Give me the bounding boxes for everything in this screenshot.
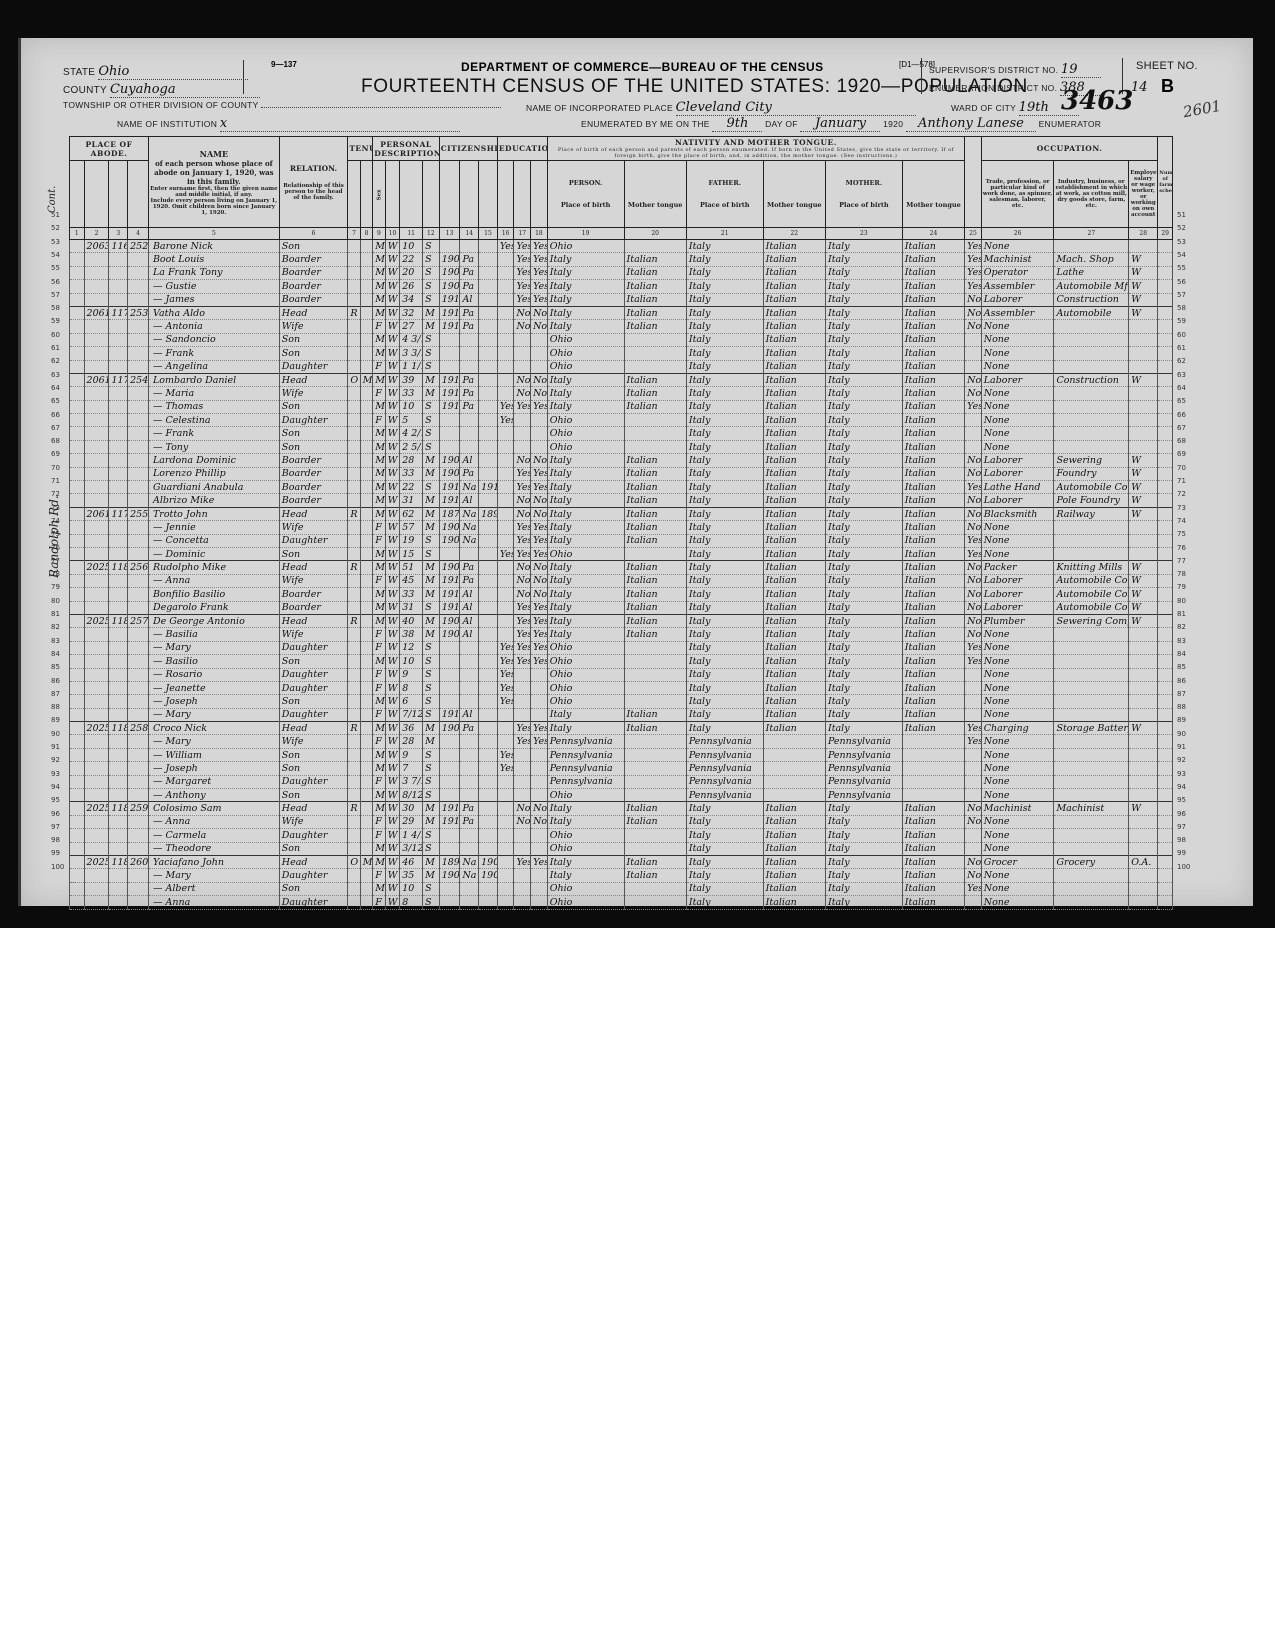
cell-dwelling-number (109, 829, 128, 842)
cell-birthplace: Ohio (547, 829, 624, 842)
cell-person-name: — Maria (148, 387, 279, 400)
line-number-left: 69 (51, 450, 60, 458)
cell-can-write: No (531, 561, 548, 574)
cell-home-owned (348, 775, 360, 788)
cell-sex: M (373, 748, 385, 761)
cell-mortgaged (360, 306, 372, 319)
cell-family-number (128, 574, 149, 587)
cell-naturalization-year (479, 655, 498, 668)
cell-home-owned (348, 333, 360, 346)
cell-farm-schedule (1158, 507, 1173, 520)
cell-immigration-year: 1895 (439, 855, 460, 868)
cell-speaks-english: No (965, 373, 982, 386)
cell-can-read (514, 427, 531, 440)
cell-immigration-year: 1913 (439, 387, 460, 400)
cell-person-name: — Mary (148, 708, 279, 721)
census-rows: 2063116252Barone NickSonMW10SYesYesYesOh… (70, 240, 1173, 910)
cell-father-birthplace: Italy (686, 561, 763, 574)
cell-naturalization-year (479, 306, 498, 319)
cell-street (70, 360, 85, 373)
cell-father-birthplace: Italy (686, 829, 763, 842)
cell-mother-mother-tongue (902, 775, 964, 788)
cell-can-read: Yes (514, 534, 531, 547)
cell-dwelling-number (109, 588, 128, 601)
cell-father-tongue: Italian (763, 467, 825, 480)
table-row: — FrankSonMW4 2/12SOhioItalyItalianItaly… (70, 427, 1173, 440)
cell-father-birthplace: Italy (686, 440, 763, 453)
cell-can-write: No (531, 320, 548, 333)
cell-relation: Boarder (279, 601, 348, 614)
cell-industry (1054, 815, 1129, 828)
cell-race: W (385, 240, 400, 253)
cell-marital-status: M (423, 815, 440, 828)
cell-age: 33 (400, 467, 423, 480)
cell-industry (1054, 681, 1129, 694)
cell-industry: Construction (1054, 373, 1129, 386)
cell-relation: Daughter (279, 829, 348, 842)
cell-father-tongue: Italian (763, 240, 825, 253)
col-number-2: 2 (84, 228, 109, 240)
nativity-heading: NATIVITY AND MOTHER TONGUE. (549, 138, 963, 147)
col-number-11: 11 (400, 228, 423, 240)
cell-house-number: 2063 (84, 240, 109, 253)
cell-mother-tongue: Italian (624, 266, 686, 279)
cell-house-number (84, 708, 109, 721)
cell-mother-tongue (624, 360, 686, 373)
table-row: — CelestinaDaughterFW5SYesOhioItalyItali… (70, 414, 1173, 427)
col-22-label: Mother tongue (765, 201, 824, 209)
cell-age: 29 (400, 815, 423, 828)
cell-farm-schedule (1158, 414, 1173, 427)
cell-trade: Grocer (981, 855, 1054, 868)
cell-can-read: No (514, 561, 531, 574)
col-number-21: 21 (686, 228, 763, 240)
cell-relation: Head (279, 614, 348, 627)
cell-farm-schedule (1158, 481, 1173, 494)
cell-dwelling-number (109, 842, 128, 855)
cell-street (70, 467, 85, 480)
col-8-header: If owned, free or mortgaged (360, 161, 372, 228)
cell-can-read: Yes (514, 253, 531, 266)
cell-sex: M (373, 588, 385, 601)
cell-naturalization-year (479, 293, 498, 306)
cell-trade: Laborer (981, 601, 1054, 614)
cell-relation: Daughter (279, 414, 348, 427)
col-number-28: 28 (1129, 228, 1158, 240)
cell-mortgaged (360, 253, 372, 266)
cell-naturalization-year (479, 400, 498, 413)
line-number-right: 55 (1177, 264, 1186, 272)
cell-family-number: 254 (128, 373, 149, 386)
cell-birthplace: Italy (547, 494, 624, 507)
cell-mother-tongue (624, 655, 686, 668)
cell-relation: Boarder (279, 494, 348, 507)
cell-speaks-english: No (965, 293, 982, 306)
line-number-left: 76 (51, 544, 60, 552)
cell-relation: Wife (279, 521, 348, 534)
cell-dwelling-number (109, 547, 128, 560)
cell-attended-school (497, 333, 514, 346)
cell-mother-birthplace: Italy (825, 280, 902, 293)
cell-industry: Automobile (1054, 306, 1129, 319)
cell-farm-schedule (1158, 802, 1173, 815)
cell-speaks-english: Yes (965, 253, 982, 266)
table-row: — AnnaDaughterFW8SOhioItalyItalianItalyI… (70, 896, 1173, 909)
cell-sex: M (373, 601, 385, 614)
cell-home-owned (348, 280, 360, 293)
cell-can-write: Yes (531, 547, 548, 560)
cell-family-number (128, 829, 149, 842)
cell-farm-schedule (1158, 681, 1173, 694)
cell-trade: None (981, 896, 1054, 909)
cell-street (70, 373, 85, 386)
line-number-right: 86 (1177, 677, 1186, 685)
cell-can-write (531, 775, 548, 788)
cell-street (70, 641, 85, 654)
cell-father-tongue: Italian (763, 668, 825, 681)
cell-sex: M (373, 614, 385, 627)
cell-industry (1054, 333, 1129, 346)
cell-dwelling-number (109, 681, 128, 694)
cell-employer-class (1129, 387, 1158, 400)
cell-sex: M (373, 695, 385, 708)
cell-home-owned: O (348, 855, 360, 868)
cell-trade: None (981, 360, 1054, 373)
cell-speaks-english: No (965, 869, 982, 882)
cell-race: W (385, 481, 400, 494)
cell-father-tongue (763, 735, 825, 748)
supervisor-label: Supervisor's District No. (929, 65, 1058, 75)
cell-speaks-english (965, 695, 982, 708)
cell-age: 31 (400, 494, 423, 507)
cell-farm-schedule (1158, 494, 1173, 507)
cell-trade: None (981, 829, 1054, 842)
line-number-right: 75 (1177, 530, 1186, 538)
cell-employer-class: W (1129, 561, 1158, 574)
cell-family-number: 255 (128, 507, 149, 520)
cell-employer-class (1129, 708, 1158, 721)
cell-mother-tongue (624, 427, 686, 440)
cell-mortgaged (360, 748, 372, 761)
cell-age: 3/12 (400, 842, 423, 855)
cell-speaks-english (965, 762, 982, 775)
cell-street (70, 815, 85, 828)
relation-heading: RELATION. (281, 164, 347, 173)
cell-street (70, 333, 85, 346)
cell-street (70, 280, 85, 293)
table-row: — MaryDaughterFW7/12S1918AlItalyItalianI… (70, 708, 1173, 721)
cell-mortgaged (360, 414, 372, 427)
cell-home-owned (348, 320, 360, 333)
cell-attended-school (497, 802, 514, 815)
cell-home-owned (348, 534, 360, 547)
cell-industry (1054, 748, 1129, 761)
cell-race: W (385, 266, 400, 279)
cell-house-number: 2025 (84, 722, 109, 735)
cell-relation: Daughter (279, 641, 348, 654)
cell-father-birthplace: Pennsylvania (686, 775, 763, 788)
cell-father-tongue: Italian (763, 574, 825, 587)
enumerator-label: Enumerator (1039, 119, 1102, 129)
cell-age: 10 (400, 240, 423, 253)
enumerated-month: January (800, 116, 880, 132)
line-number-right: 85 (1177, 663, 1186, 671)
cell-can-write: Yes (531, 534, 548, 547)
cell-speaks-english: No (965, 614, 982, 627)
cell-person-name: — Gustie (148, 280, 279, 293)
enumerated-day: 9th (712, 116, 762, 132)
cell-father-birthplace: Italy (686, 293, 763, 306)
cell-race: W (385, 789, 400, 802)
cell-attended-school (497, 360, 514, 373)
cell-naturalized: Al (460, 614, 479, 627)
cell-naturalized (460, 333, 479, 346)
cell-father-birthplace: Italy (686, 815, 763, 828)
line-number-left: 56 (51, 278, 60, 286)
cell-farm-schedule (1158, 360, 1173, 373)
cell-marital-status: S (423, 668, 440, 681)
census-table: PLACE OF ABODE. NAME of each person whos… (69, 136, 1173, 910)
cell-father-tongue: Italian (763, 507, 825, 520)
table-row: — CarmelaDaughterFW1 4/12SOhioItalyItali… (70, 829, 1173, 842)
cell-family-number (128, 347, 149, 360)
cell-dwelling-number (109, 628, 128, 641)
cell-marital-status: S (423, 481, 440, 494)
cell-race: W (385, 534, 400, 547)
cell-father-birthplace: Italy (686, 467, 763, 480)
cell-mortgaged (360, 574, 372, 587)
cell-can-read (514, 414, 531, 427)
table-row: Lardona DominicBoarderMW28M1905AlNoNoIta… (70, 454, 1173, 467)
cell-mortgaged (360, 869, 372, 882)
cell-mortgaged (360, 722, 372, 735)
cell-relation: Head (279, 373, 348, 386)
cell-home-owned (348, 253, 360, 266)
cell-can-write: Yes (531, 601, 548, 614)
cell-employer-class: W (1129, 306, 1158, 319)
cell-sex: M (373, 440, 385, 453)
col-number-24: 24 (902, 228, 964, 240)
cell-farm-schedule (1158, 253, 1173, 266)
col-number-5: 5 (148, 228, 279, 240)
cell-relation: Daughter (279, 775, 348, 788)
cell-age: 15 (400, 547, 423, 560)
cell-dwelling-number (109, 748, 128, 761)
cell-person-name: Guardiani Anabula (148, 481, 279, 494)
cell-employer-class: W (1129, 266, 1158, 279)
cell-sex: M (373, 427, 385, 440)
cell-naturalized: Pa (460, 387, 479, 400)
cell-can-write: Yes (531, 855, 548, 868)
cell-mother-birthplace: Italy (825, 360, 902, 373)
col-20-label: Mother tongue (626, 201, 685, 209)
cell-person-name: — Basilia (148, 628, 279, 641)
cell-sex: F (373, 896, 385, 909)
cell-race: W (385, 547, 400, 560)
enumerator-name: Anthony Lanese (906, 116, 1036, 132)
cell-father-tongue: Italian (763, 306, 825, 319)
cell-naturalized: Pa (460, 561, 479, 574)
line-number-right: 77 (1177, 557, 1186, 565)
cell-mortgaged (360, 561, 372, 574)
cell-street (70, 829, 85, 842)
cell-street (70, 802, 85, 815)
col-23-label: Place of birth (827, 201, 901, 209)
cell-sex: M (373, 347, 385, 360)
line-number-right: 72 (1177, 490, 1186, 498)
cell-mortgaged (360, 762, 372, 775)
line-number-right: 94 (1177, 783, 1186, 791)
cell-immigration-year: 1904 (439, 534, 460, 547)
cell-age: 26 (400, 280, 423, 293)
cell-can-write (531, 829, 548, 842)
cell-can-write: No (531, 507, 548, 520)
cell-birthplace: Italy (547, 253, 624, 266)
cell-trade: None (981, 333, 1054, 346)
cell-marital-status: M (423, 722, 440, 735)
cell-race: W (385, 588, 400, 601)
cell-immigration-year (439, 240, 460, 253)
cell-home-owned (348, 293, 360, 306)
cell-industry (1054, 360, 1129, 373)
name-description: of each person whose place of abode on J… (150, 159, 278, 186)
cell-father-birthplace: Pennsylvania (686, 748, 763, 761)
cell-naturalization-year (479, 454, 498, 467)
cell-mortgaged (360, 454, 372, 467)
cell-can-write (531, 333, 548, 346)
cell-dwelling-number (109, 735, 128, 748)
col-number-12: 12 (423, 228, 440, 240)
cell-age: 19 (400, 534, 423, 547)
cell-age: 46 (400, 855, 423, 868)
cell-dwelling-number: 118 (109, 802, 128, 815)
cell-home-owned (348, 681, 360, 694)
cell-birthplace: Italy (547, 400, 624, 413)
cell-attended-school: Yes (497, 547, 514, 560)
cell-marital-status: M (423, 306, 440, 319)
cell-farm-schedule (1158, 882, 1173, 895)
cell-marital-status: M (423, 454, 440, 467)
cell-naturalization-year (479, 427, 498, 440)
cell-attended-school: Yes (497, 240, 514, 253)
cell-home-owned (348, 668, 360, 681)
cell-family-number (128, 253, 149, 266)
cell-race: W (385, 628, 400, 641)
cell-naturalized: Na (460, 534, 479, 547)
cell-relation: Son (279, 333, 348, 346)
cell-mother-mother-tongue: Italian (902, 494, 964, 507)
col-number-10: 10 (385, 228, 400, 240)
cell-birthplace: Italy (547, 266, 624, 279)
cell-dwelling-number: 117 (109, 507, 128, 520)
line-number-left: 95 (51, 796, 60, 804)
cell-street (70, 494, 85, 507)
cell-mother-birthplace: Italy (825, 253, 902, 266)
cell-can-write: No (531, 373, 548, 386)
cell-can-write: No (531, 588, 548, 601)
table-row: — JennieWifeFW57M1904NaYesYesItalyItalia… (70, 521, 1173, 534)
cell-race: W (385, 614, 400, 627)
cell-dwelling-number (109, 708, 128, 721)
cell-can-write: Yes (531, 521, 548, 534)
cell-person-name: — Antonia (148, 320, 279, 333)
cell-can-write: Yes (531, 240, 548, 253)
cell-immigration-year: 1907 (439, 467, 460, 480)
line-number-left: 73 (51, 504, 60, 512)
cell-speaks-english: No (965, 802, 982, 815)
cell-dwelling-number: 116 (109, 240, 128, 253)
cell-age: 4 2/12 (400, 427, 423, 440)
cell-father-tongue: Italian (763, 588, 825, 601)
cell-father-birthplace: Italy (686, 534, 763, 547)
cell-home-owned (348, 735, 360, 748)
cell-street (70, 561, 85, 574)
cell-trade: Laborer (981, 373, 1054, 386)
cell-naturalized: Pa (460, 400, 479, 413)
line-number-left: 67 (51, 424, 60, 432)
cell-father-tongue: Italian (763, 534, 825, 547)
cell-person-name: — Rosario (148, 668, 279, 681)
cell-family-number (128, 681, 149, 694)
cell-attended-school (497, 882, 514, 895)
cell-trade: None (981, 882, 1054, 895)
cell-sex: M (373, 253, 385, 266)
cell-birthplace: Italy (547, 387, 624, 400)
cell-father-birthplace: Italy (686, 454, 763, 467)
cell-home-owned (348, 414, 360, 427)
cell-immigration-year: 1913 (439, 588, 460, 601)
cell-birthplace: Italy (547, 507, 624, 520)
cell-family-number (128, 842, 149, 855)
cell-race: W (385, 467, 400, 480)
cell-can-read (514, 347, 531, 360)
cell-immigration-year (439, 655, 460, 668)
cell-trade: None (981, 789, 1054, 802)
cell-dwelling-number (109, 641, 128, 654)
sheet-label: Sheet No. (1136, 60, 1198, 72)
cell-person-name: Yaciafano John (148, 855, 279, 868)
cell-marital-status: M (423, 735, 440, 748)
table-row: — AlbertSonMW10SOhioItalyItalianItalyIta… (70, 882, 1173, 895)
line-number-left: 58 (51, 304, 60, 312)
cell-industry (1054, 427, 1129, 440)
cell-mother-mother-tongue: Italian (902, 695, 964, 708)
cell-race: W (385, 373, 400, 386)
cell-farm-schedule (1158, 628, 1173, 641)
cell-age: 32 (400, 306, 423, 319)
cell-naturalization-year: 1915 (479, 481, 498, 494)
cell-marital-status: S (423, 414, 440, 427)
cell-attended-school: Yes (497, 655, 514, 668)
cell-father-birthplace: Italy (686, 414, 763, 427)
cell-industry (1054, 668, 1129, 681)
line-number-right: 53 (1177, 238, 1186, 246)
cell-sex: M (373, 293, 385, 306)
cell-home-owned (348, 240, 360, 253)
cell-age: 20 (400, 266, 423, 279)
cell-immigration-year (439, 695, 460, 708)
cell-birthplace: Pennsylvania (547, 762, 624, 775)
cell-father-birthplace: Italy (686, 427, 763, 440)
cell-mortgaged (360, 601, 372, 614)
cell-speaks-english: No (965, 320, 982, 333)
cell-mortgaged (360, 815, 372, 828)
cell-street (70, 547, 85, 560)
col-12-header: Single, married, widowed, or divorced (423, 161, 440, 228)
cell-relation: Boarder (279, 293, 348, 306)
table-row: — DominicSonMW15SYesYesYesOhioItalyItali… (70, 547, 1173, 560)
cell-dwelling-number (109, 333, 128, 346)
